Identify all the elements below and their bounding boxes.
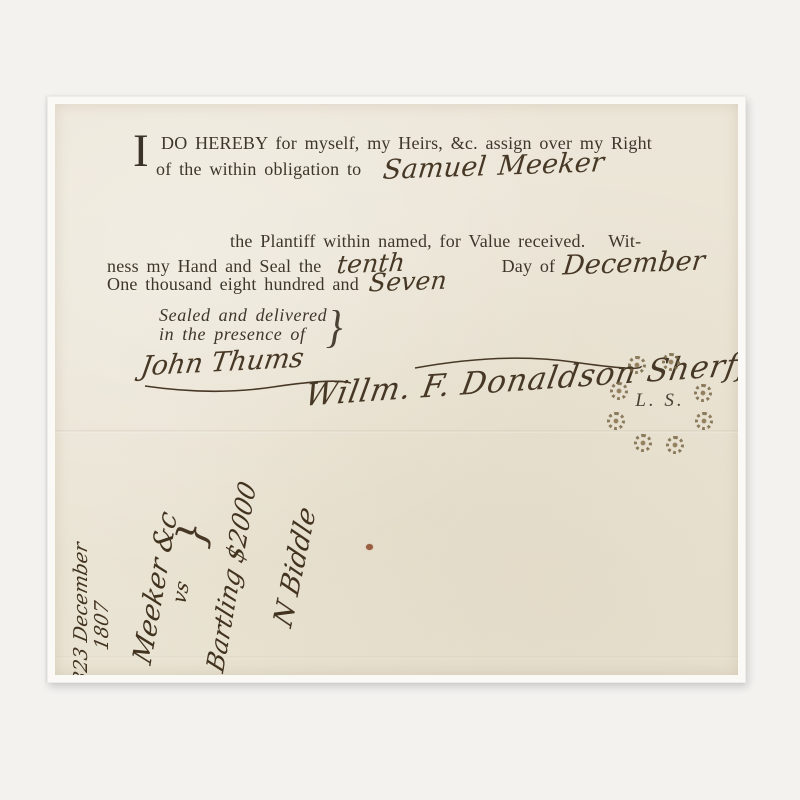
docket-plaintiff: Meeker &c: [127, 438, 197, 666]
seal: L. S.: [606, 350, 714, 452]
rosette-ornament-icon: [695, 412, 713, 430]
seal-label: L. S.: [635, 390, 684, 412]
docket-versus-text: vs: [167, 577, 193, 607]
rosette-ornament-icon: [666, 436, 684, 454]
attestation-line-2: in the presence of: [159, 325, 306, 343]
rosette-ornament-icon: [628, 356, 646, 374]
docket-defendant-amount: Bartling $2000: [201, 440, 270, 674]
attestation-brace: }: [326, 300, 343, 353]
artwork-frame: I DO HEREBY for myself, my Heirs, &c. as…: [47, 96, 746, 683]
rosette-ornament-icon: [610, 382, 628, 400]
document-paper: I DO HEREBY for myself, my Heirs, &c. as…: [55, 104, 738, 675]
docket-date: 323 December 1807: [71, 464, 115, 675]
assignment-line-2: of the within obligation toSamuel Meeker: [156, 153, 605, 180]
assignee-name-handwritten: Samuel Meeker: [382, 149, 606, 184]
rosette-ornament-icon: [694, 384, 712, 402]
attestation-line-1: Sealed and delivered: [159, 306, 327, 324]
docket-date-line1: 323 December: [71, 541, 92, 675]
year-handwritten: Seven: [368, 268, 449, 296]
year-printed: One thousand eight hundred and: [107, 274, 359, 294]
assignment-line-2-printed: of the within obligation to: [156, 159, 361, 179]
day-of-printed: Day of: [502, 256, 556, 276]
docket-date-line2: 1807: [92, 462, 113, 675]
year-line: One thousand eight hundred andSeven: [107, 269, 447, 294]
witness-signature: John Thums: [139, 343, 306, 383]
rosette-ornament-icon: [662, 353, 680, 371]
rosette-ornament-icon: [607, 412, 625, 430]
month-handwritten: December: [562, 247, 707, 279]
dropcap-letter: I: [133, 130, 149, 172]
docket-attorney-text: N Biddle: [268, 502, 322, 632]
rosette-ornament-icon: [634, 434, 652, 452]
docket-brace: }: [168, 499, 222, 552]
docket-attorney: N Biddle: [268, 442, 337, 628]
ink-stain: [366, 544, 373, 550]
plaintiff-line: the Plantiff within named, for Value rec…: [230, 232, 641, 250]
